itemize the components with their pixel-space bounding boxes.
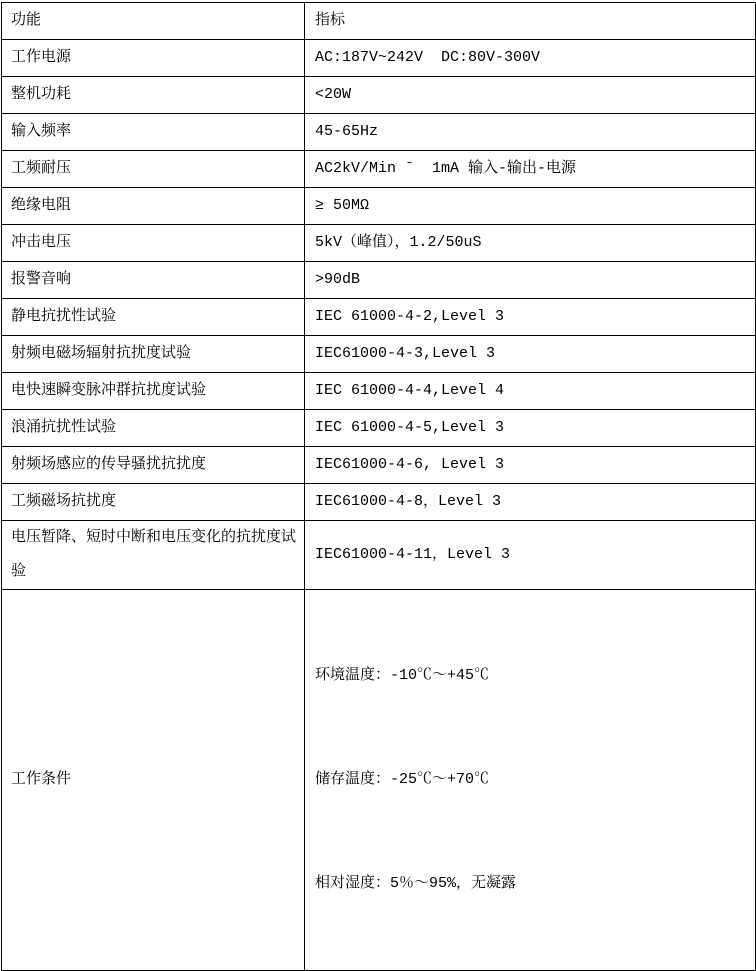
function-cell: 工作电源 bbox=[2, 40, 305, 77]
spec-line: 环境温度：-10℃～+45℃ bbox=[315, 658, 751, 694]
function-cell: 整机功耗 bbox=[2, 77, 305, 114]
function-cell: 工频磁场抗扰度 bbox=[2, 484, 305, 521]
function-cell: 绝缘电阻 bbox=[2, 188, 305, 225]
function-cell: 静电抗扰性试验 bbox=[2, 299, 305, 336]
table-row: 报警音响 >90dB bbox=[2, 262, 756, 299]
table-row: 静电抗扰性试验 IEC 61000-4-2,Level 3 bbox=[2, 299, 756, 336]
function-cell: 浪涌抗扰性试验 bbox=[2, 410, 305, 447]
spec-cell: 环境温度：-10℃～+45℃ 储存温度：-25℃～+70℃ 相对湿度：5％～95… bbox=[305, 590, 756, 971]
table-row: 浪涌抗扰性试验 IEC 61000-4-5,Level 3 bbox=[2, 410, 756, 447]
spec-cell: AC2kV/Min ˉ 1mA 输入-输出-电源 bbox=[305, 151, 756, 188]
table-header-row: 功能 指标 bbox=[2, 3, 756, 40]
spec-cell: >90dB bbox=[305, 262, 756, 299]
spec-cell: IEC 61000-4-5,Level 3 bbox=[305, 410, 756, 447]
spec-cell: IEC61000-4-11，Level 3 bbox=[305, 521, 756, 590]
function-cell: 报警音响 bbox=[2, 262, 305, 299]
spec-cell: 45-65Hz bbox=[305, 114, 756, 151]
function-cell: 射频场感应的传导骚扰抗扰度 bbox=[2, 447, 305, 484]
table-row: 射频场感应的传导骚扰抗扰度 IEC61000-4-6, Level 3 bbox=[2, 447, 756, 484]
header-spec-cell: 指标 bbox=[305, 3, 756, 40]
function-cell: 射频电磁场辐射抗扰度试验 bbox=[2, 336, 305, 373]
function-cell: 电快速瞬变脉冲群抗扰度试验 bbox=[2, 373, 305, 410]
table-row: 电压暂降、短时中断和电压变化的抗扰度试验 IEC61000-4-11，Level… bbox=[2, 521, 756, 590]
table-row: 工频磁场抗扰度 IEC61000-4-8，Level 3 bbox=[2, 484, 756, 521]
header-function-cell: 功能 bbox=[2, 3, 305, 40]
function-cell: 工作条件 bbox=[2, 590, 305, 971]
spec-cell: <20W bbox=[305, 77, 756, 114]
spec-cell: IEC61000-4-8，Level 3 bbox=[305, 484, 756, 521]
table-row: 整机功耗 <20W bbox=[2, 77, 756, 114]
spec-table: 功能 指标 工作电源 AC:187V~242V DC:80V-300V 整机功耗… bbox=[1, 2, 756, 971]
spec-line: 相对湿度：5％～95%，无凝露 bbox=[315, 866, 751, 902]
table-row: 工频耐压 AC2kV/Min ˉ 1mA 输入-输出-电源 bbox=[2, 151, 756, 188]
table-row: 工作电源 AC:187V~242V DC:80V-300V bbox=[2, 40, 756, 77]
table-row: 射频电磁场辐射抗扰度试验 IEC61000-4-3,Level 3 bbox=[2, 336, 756, 373]
spec-line: 储存温度：-25℃～+70℃ bbox=[315, 762, 751, 798]
table-row: 绝缘电阻 ≥ 50MΩ bbox=[2, 188, 756, 225]
spec-cell: IEC 61000-4-2,Level 3 bbox=[305, 299, 756, 336]
table-row: 电快速瞬变脉冲群抗扰度试验 IEC 61000-4-4,Level 4 bbox=[2, 373, 756, 410]
page: 功能 指标 工作电源 AC:187V~242V DC:80V-300V 整机功耗… bbox=[0, 0, 756, 697]
spec-cell: 5kV（峰值），1.2/50uS bbox=[305, 225, 756, 262]
function-cell: 电压暂降、短时中断和电压变化的抗扰度试验 bbox=[2, 521, 305, 590]
spec-cell: IEC61000-4-6, Level 3 bbox=[305, 447, 756, 484]
spec-cell: ≥ 50MΩ bbox=[305, 188, 756, 225]
spec-cell: IEC 61000-4-4,Level 4 bbox=[305, 373, 756, 410]
spec-cell: AC:187V~242V DC:80V-300V bbox=[305, 40, 756, 77]
function-cell: 输入频率 bbox=[2, 114, 305, 151]
table-row: 输入频率 45-65Hz bbox=[2, 114, 756, 151]
table-row: 工作条件 环境温度：-10℃～+45℃ 储存温度：-25℃～+70℃ 相对湿度：… bbox=[2, 590, 756, 971]
function-cell: 冲击电压 bbox=[2, 225, 305, 262]
table-row: 冲击电压 5kV（峰值），1.2/50uS bbox=[2, 225, 756, 262]
function-cell: 工频耐压 bbox=[2, 151, 305, 188]
spec-cell: IEC61000-4-3,Level 3 bbox=[305, 336, 756, 373]
